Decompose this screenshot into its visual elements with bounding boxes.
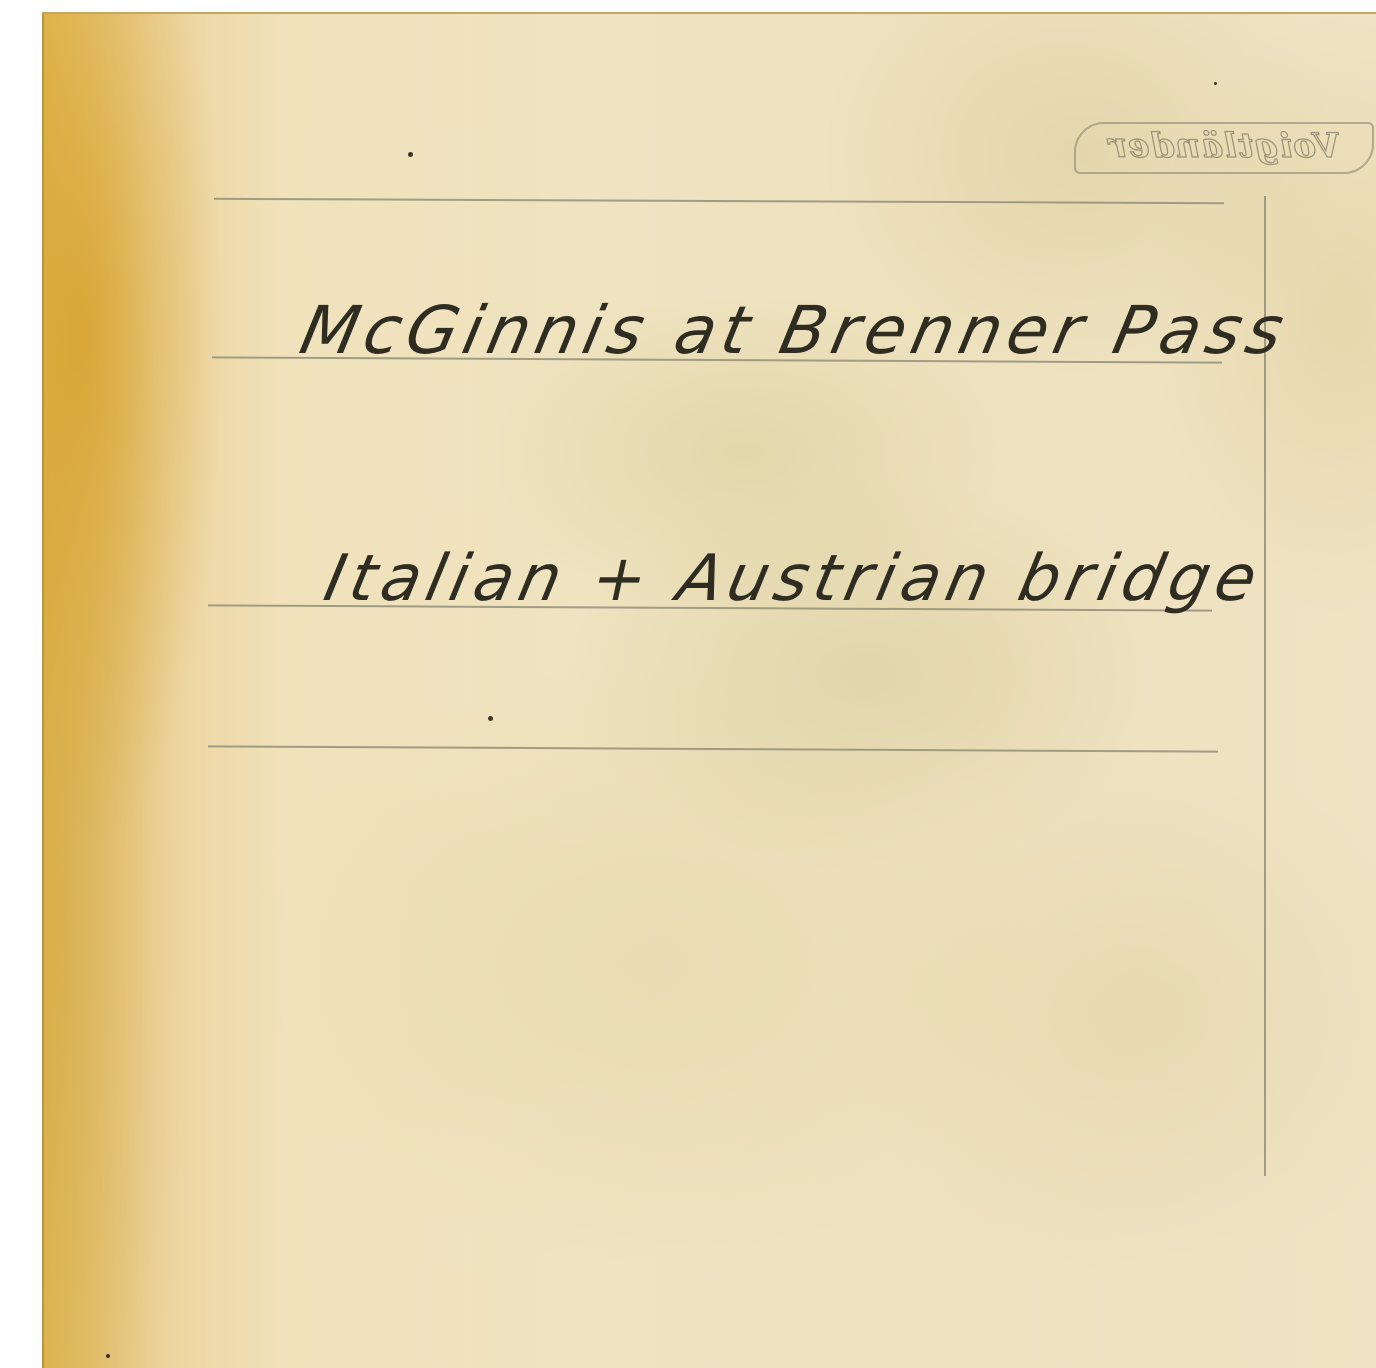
- ruled-line-4: [208, 745, 1218, 752]
- ruled-line-1: [214, 198, 1224, 204]
- ink-speck: [408, 152, 413, 157]
- imprint-stamp: Voigtländer: [1074, 114, 1374, 178]
- page: Voigtländer McGinnis at Brenner Pass Ita…: [0, 0, 1376, 1368]
- handwritten-caption-line-2: Italian + Austrian bridge: [318, 542, 1269, 616]
- photo-back-card: Voigtländer McGinnis at Brenner Pass Ita…: [42, 12, 1376, 1368]
- handwritten-caption-line-1: McGinnis at Brenner Pass: [294, 292, 1296, 369]
- ink-speck: [106, 1354, 110, 1358]
- stamp-text: Voigtländer: [1108, 126, 1340, 166]
- ink-speck: [488, 716, 493, 721]
- ink-speck: [1214, 82, 1217, 85]
